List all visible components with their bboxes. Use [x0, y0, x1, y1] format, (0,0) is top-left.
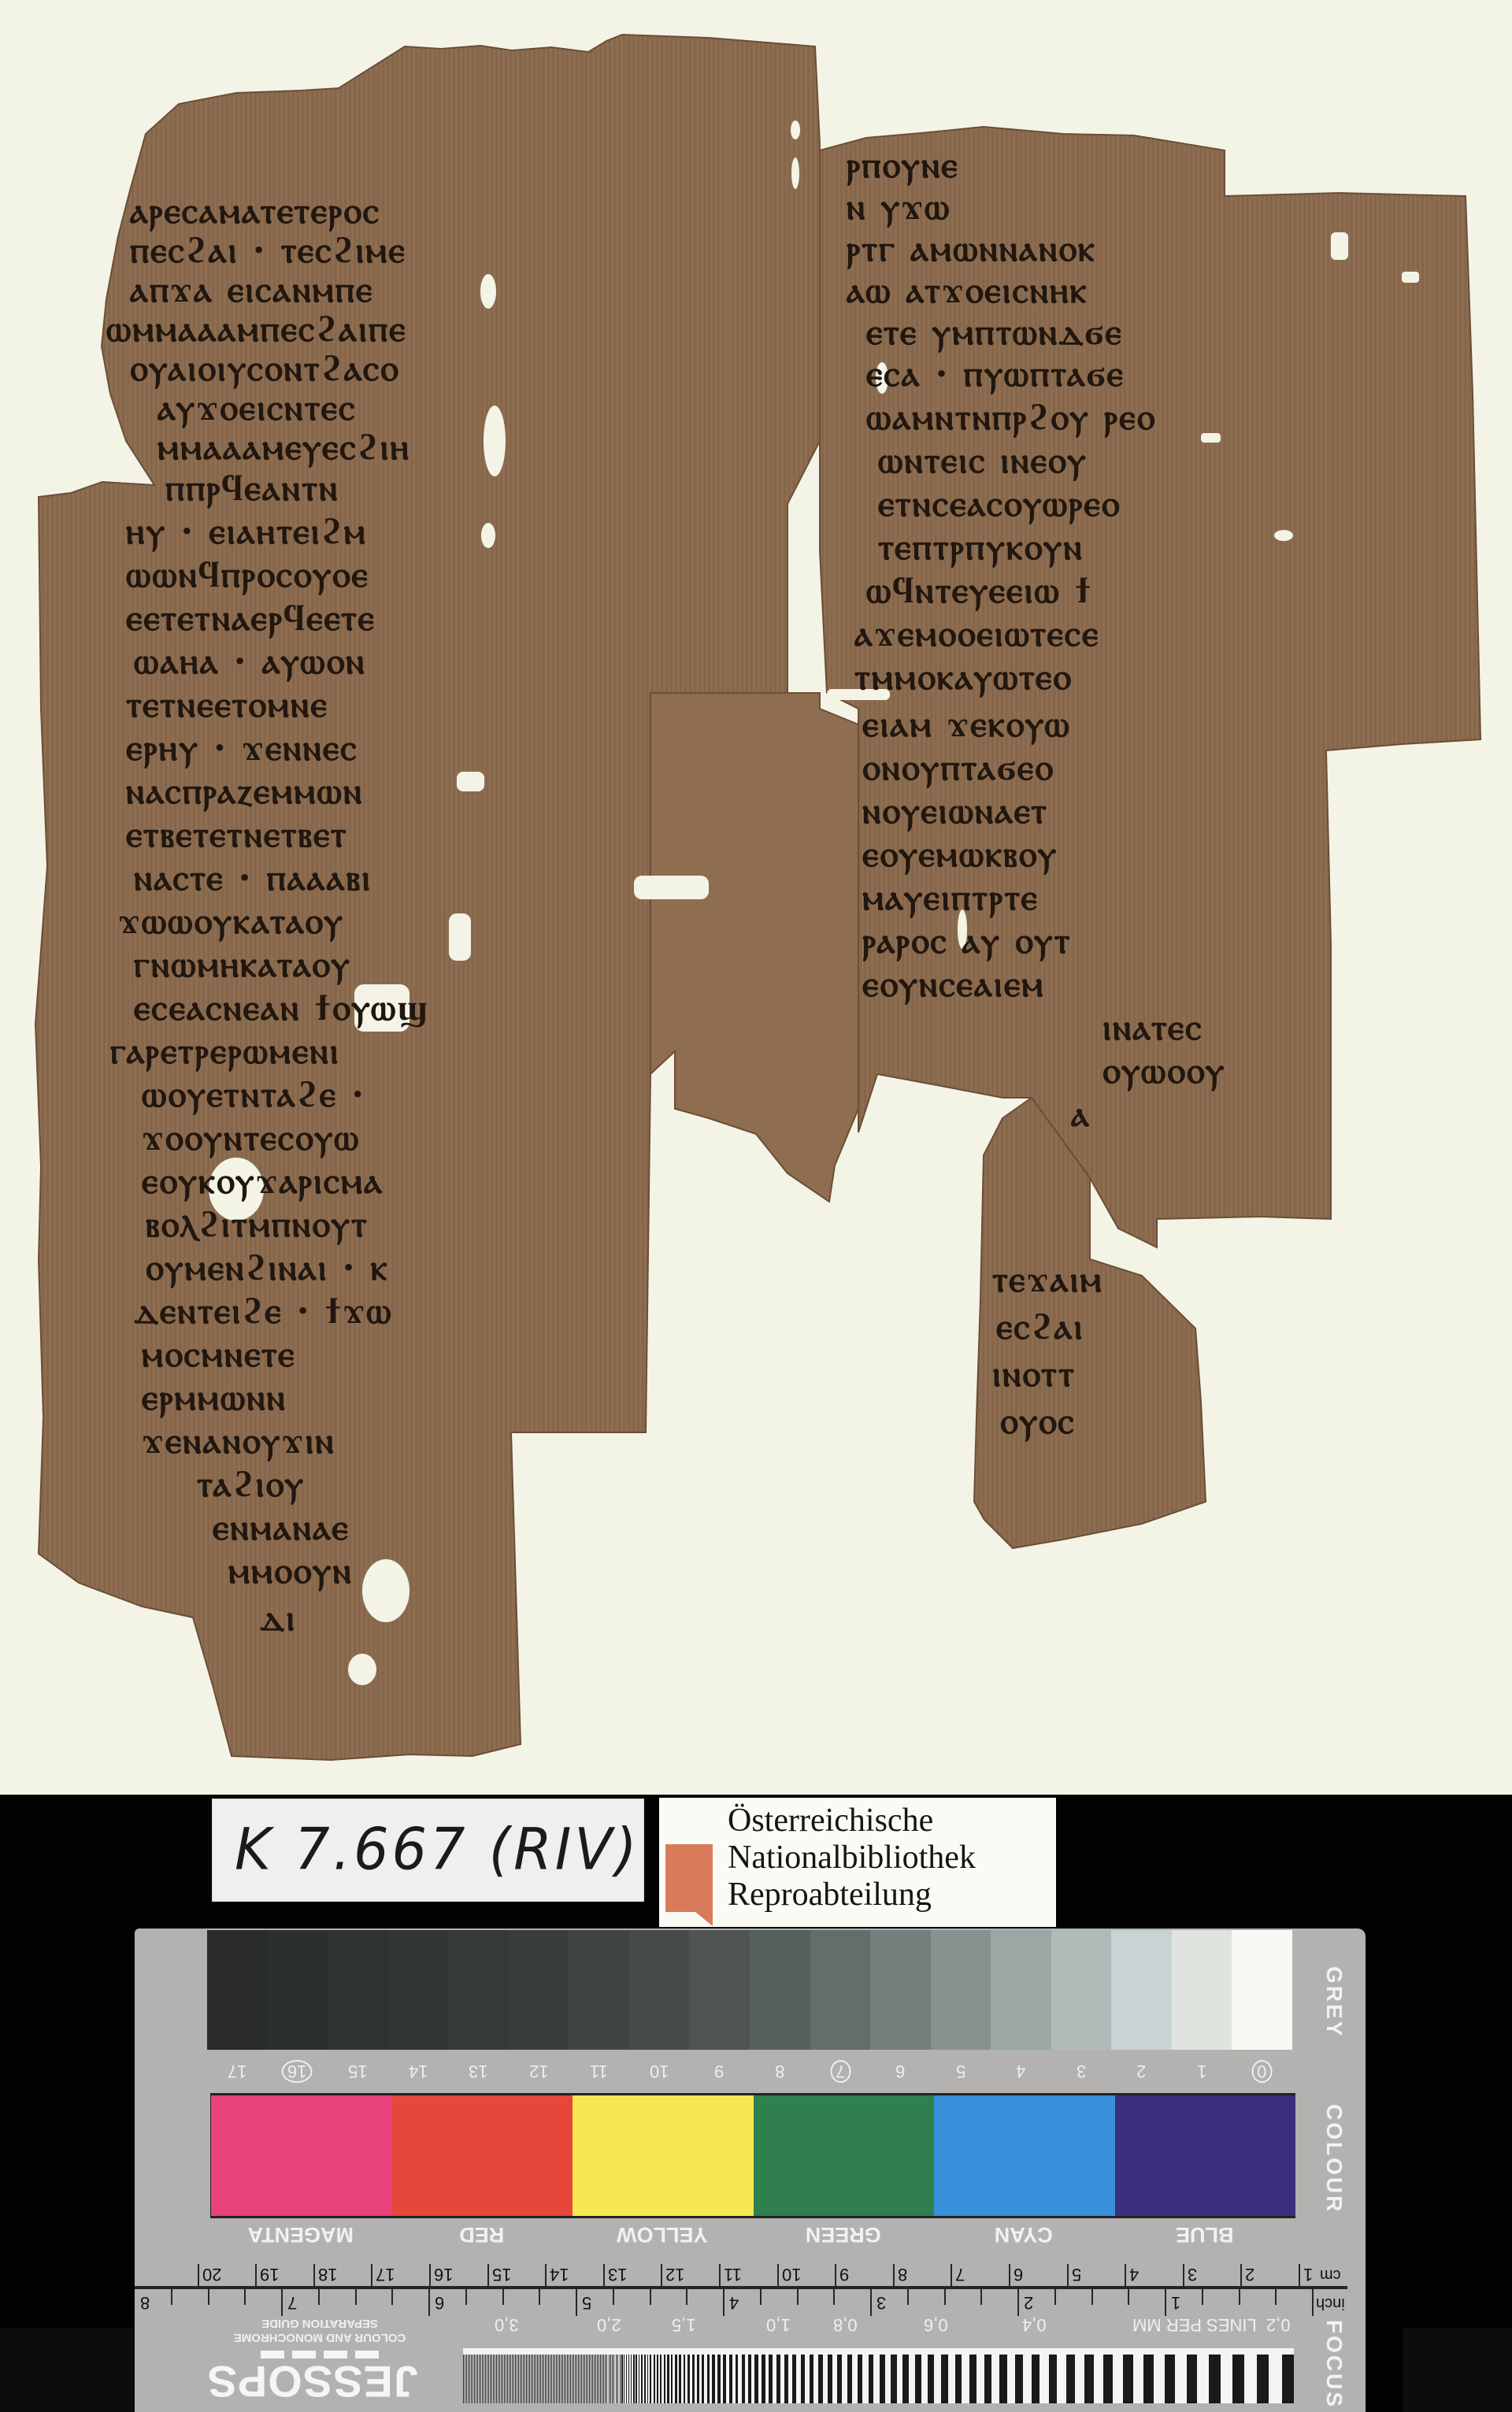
focus-bar	[474, 2355, 475, 2403]
cm-number: 8	[898, 2264, 907, 2284]
focus-bar	[504, 2355, 505, 2403]
text-line: ⲉⲉⲧⲉⲧⲛⲁⲉⲣϥⲉⲉⲧⲉ	[126, 596, 376, 639]
focus-bar	[539, 2355, 539, 2403]
text-line: ⲱⲁⲏⲁ · ⲁⲩⲱⲟⲛ	[134, 639, 365, 682]
colour-patch-green	[754, 2095, 935, 2216]
focus-bar	[564, 2355, 565, 2403]
inch-tick	[613, 2289, 614, 2305]
focus-bar	[466, 2355, 467, 2403]
grey-step-number: 17	[207, 2058, 268, 2081]
colour-side-label: COLOUR	[1321, 2104, 1347, 2214]
focus-bar	[684, 2355, 686, 2403]
cm-tick	[545, 2264, 547, 2286]
grey-step	[1111, 1930, 1172, 2050]
focus-bar	[650, 2355, 651, 2403]
inch-tick	[650, 2289, 651, 2305]
focus-bar	[520, 2355, 521, 2403]
grey-step	[328, 1930, 388, 2050]
text-line: ⲡⲡⲣϥⲉⲁⲛⲧⲛ	[165, 466, 339, 509]
inch-tick	[208, 2289, 209, 2305]
focus-bar	[587, 2355, 588, 2403]
cm-number: 14	[550, 2264, 569, 2284]
inch-tick	[907, 2289, 909, 2305]
text-line: ⲉⲥⲉⲁⲥⲛⲉⲁⲛ ϯⲟⲩⲱϣ	[134, 986, 429, 1028]
text-line: ⲅⲛⲱⲙⲏⲕⲁⲧⲁⲟⲩ	[134, 943, 351, 985]
cm-number: 13	[608, 2264, 627, 2284]
focus-bar	[610, 2355, 611, 2403]
focus-bar	[573, 2355, 574, 2403]
jessops-logo: JESSOPS COLOUR AND MONOCHROME SEPARATION…	[221, 2305, 418, 2407]
cm-tick	[1299, 2264, 1300, 2286]
text-line: ⲱⲙⲙⲁⲁⲁⲙⲡⲉⲥϩⲁⲓⲡⲉ	[106, 307, 407, 350]
text-line: ⲁ	[1071, 1092, 1091, 1135]
text-line: ⲉⲥϩⲁⲓ	[996, 1305, 1084, 1347]
focus-bar	[535, 2355, 536, 2403]
grey-step	[1172, 1930, 1232, 2050]
text-line: ⲉⲟⲩⲛⲥⲉⲁⲓⲉⲙ	[862, 962, 1044, 1005]
brand-dashes-icon	[253, 2351, 379, 2358]
focus-bar	[891, 2355, 896, 2403]
focus-bar	[969, 2355, 976, 2403]
focus-bar	[485, 2355, 486, 2403]
focus-mark-label: 3,0	[495, 2314, 519, 2335]
focus-bar	[748, 2355, 751, 2403]
inch-tick	[391, 2289, 393, 2305]
focus-bar	[598, 2355, 599, 2403]
cm-tick	[951, 2264, 952, 2286]
institution-label: Österreichische Nationalbibliothek Repro…	[659, 1798, 1056, 1927]
focus-bar	[468, 2355, 469, 2403]
text-line: ⲉⲣⲙⲙⲱⲛⲛ	[142, 1376, 287, 1418]
inch-unit-label: inch	[1316, 2294, 1345, 2312]
text-line: ⲱⲛⲧⲉⲓⲥ ⲓⲛⲉⲟⲩ	[878, 439, 1088, 481]
focus-bar	[580, 2355, 580, 2403]
focus-bar	[550, 2355, 550, 2403]
cm-number: 19	[260, 2264, 279, 2284]
text-line: ⲟⲩⲱⲟⲟⲩ	[1102, 1049, 1225, 1091]
focus-bar	[1066, 2355, 1075, 2403]
focus-bar	[548, 2355, 549, 2403]
focus-bar	[532, 2355, 533, 2403]
text-line: ⲱⲁⲙⲛⲧⲛⲡⲣϩⲟⲩ ⲣⲉⲟ	[866, 395, 1156, 438]
cm-unit-label: cm	[1320, 2266, 1341, 2284]
institution-line-3: Reproabteilung	[728, 1877, 932, 1914]
text-line: ⲟⲩⲟⲥ	[1000, 1399, 1076, 1442]
focus-bar	[502, 2355, 503, 2403]
text-line: ⲉⲟⲩⲕⲟⲩϫⲁⲣⲓⲥⲙⲁ	[142, 1159, 384, 1202]
text-line: ⲓⲛⲁⲧⲉⲥ	[1102, 1006, 1203, 1048]
focus-bar	[1049, 2355, 1058, 2403]
text-line: ⲧⲁϩⲓⲟⲩ	[197, 1462, 305, 1505]
focus-bar	[626, 2355, 627, 2403]
focus-bar	[498, 2355, 498, 2403]
colour-patch-label: GREEN	[753, 2220, 934, 2247]
focus-bar	[592, 2355, 593, 2403]
text-line: ⲛⲁⲥⲡⲣⲁⲍⲉⲙⲙⲱⲛ	[126, 769, 363, 812]
focus-bar	[1103, 2355, 1113, 2403]
papyrus-scan: ⲁⲣⲉⲥⲁⲙⲁⲧⲉⲧⲉⲣⲟⲥ ⲡⲉⲥϩⲁⲓ · ⲧⲉⲥϩⲓⲙⲉ ⲁⲡϫⲁ ⲉⲓⲥ…	[0, 0, 1512, 1795]
focus-bar	[1187, 2355, 1198, 2403]
focus-bar	[641, 2355, 643, 2403]
focus-bar	[792, 2355, 796, 2403]
grey-step-number: 3	[1051, 2058, 1112, 2081]
cm-tick	[603, 2264, 605, 2286]
text-line: ⲣⲡⲟⲩⲛⲉ	[847, 143, 959, 186]
inch-tick	[1017, 2289, 1019, 2316]
focus-bar	[915, 2355, 921, 2403]
focus-bar	[654, 2355, 655, 2403]
text-line: ⲇⲓ	[260, 1596, 296, 1639]
inch-tick	[760, 2289, 762, 2305]
focus-mark-label: 0,4	[1022, 2314, 1047, 2335]
text-line: ⲙⲙⲁⲁⲁⲙⲉⲩⲉⲥϩⲓⲏ	[157, 425, 410, 468]
focus-bar	[537, 2355, 538, 2403]
focus-bar	[523, 2355, 524, 2403]
text-line: ⲙⲙⲟⲟⲩⲛ	[228, 1549, 353, 1591]
cm-number: 7	[955, 2264, 965, 2284]
focus-bar	[616, 2355, 617, 2403]
inch-tick	[355, 2289, 357, 2305]
cm-tick	[719, 2264, 721, 2286]
cm-number: 6	[1014, 2264, 1023, 2284]
middle-strip-fragment	[650, 693, 858, 1202]
colour-patch-blue	[1115, 2095, 1296, 2216]
inch-tick	[1054, 2289, 1056, 2305]
focus-bar	[507, 2355, 508, 2403]
text-line: ⲇⲉⲛⲧⲉⲓϩⲉ · ϯϫⲱ	[134, 1289, 393, 1332]
grey-step	[689, 1930, 750, 2050]
grey-step	[991, 1930, 1051, 2050]
focus-bar	[717, 2355, 720, 2403]
brand-name: JESSOPS	[221, 2356, 418, 2407]
text-line: ⲓⲛⲟⲧⲧ	[992, 1352, 1076, 1395]
inch-number: 6	[435, 2292, 444, 2313]
focus-bar	[1209, 2355, 1220, 2403]
focus-bar	[569, 2355, 569, 2403]
colour-patch-label: YELLOW	[572, 2220, 753, 2247]
grey-scale-numbers: 01234567891011121314151617	[207, 2058, 1292, 2081]
focus-bar	[477, 2355, 478, 2403]
grey-step-number: 15	[328, 2058, 388, 2081]
focus-bar	[572, 2355, 573, 2403]
focus-bar	[664, 2355, 665, 2403]
colour-patch-red	[392, 2095, 573, 2216]
text-line: ϫⲟⲟⲩⲛⲧⲉⲥⲟⲩⲱ	[142, 1116, 360, 1158]
focus-bar	[692, 2355, 695, 2403]
focus-bar	[644, 2355, 646, 2403]
text-line: ⲁⲣⲉⲥⲁⲙⲁⲧⲉⲧⲉⲣⲟⲥ	[130, 189, 380, 232]
cm-number: 4	[1129, 2264, 1139, 2284]
inch-number: 5	[582, 2292, 591, 2313]
inch-tick	[870, 2289, 872, 2316]
text-line: ⲉⲓⲁⲙ ϫⲉⲕⲟⲩⲱ	[862, 702, 1071, 745]
cm-tick	[777, 2264, 779, 2286]
focus-bar	[491, 2355, 492, 2403]
focus-bar	[463, 2355, 464, 2403]
focus-bar	[509, 2355, 510, 2403]
card-subtitle-line-2: SEPARATION GUIDE	[221, 2316, 418, 2330]
focus-bar	[955, 2355, 962, 2403]
cm-number: 11	[724, 2264, 742, 2284]
focus-bar	[575, 2355, 576, 2403]
cm-number: 5	[1072, 2264, 1081, 2284]
cm-tick	[661, 2264, 662, 2286]
grey-step-number: 13	[448, 2058, 509, 2081]
inch-tick	[723, 2289, 724, 2316]
focus-bar	[605, 2355, 606, 2403]
institution-line-2: Nationalbibliothek	[728, 1840, 976, 1877]
inch-tick	[944, 2289, 946, 2305]
focus-mark-label: 1,5	[672, 2314, 696, 2335]
focus-mark-label: 2,0	[597, 2314, 621, 2335]
focus-bar	[556, 2355, 557, 2403]
focus-bar	[941, 2355, 947, 2403]
focus-bar	[1165, 2355, 1175, 2403]
focus-bar	[510, 2355, 511, 2403]
grey-step	[931, 1930, 991, 2050]
focus-bar	[595, 2355, 596, 2403]
focus-bar	[562, 2355, 563, 2403]
focus-bar	[600, 2355, 601, 2403]
focus-bar	[542, 2355, 543, 2403]
focus-bar	[602, 2355, 602, 2403]
colour-patch-bar	[210, 2093, 1295, 2218]
text-line: ⲉⲟⲩⲉⲙⲱⲕⲃⲟⲩ	[862, 832, 1058, 875]
focus-bar	[647, 2355, 649, 2403]
text-line: ⲣⲧⲅ ⲁⲙⲱⲛⲛⲁⲛⲟⲕ	[847, 227, 1096, 269]
focus-unit-label: LINES PER MM	[1132, 2314, 1257, 2335]
focus-bar	[512, 2355, 513, 2403]
focus-bar	[501, 2355, 502, 2403]
focus-bar	[586, 2355, 587, 2403]
focus-bar	[506, 2355, 506, 2403]
focus-mark-label: 0,2	[1266, 2314, 1291, 2335]
focus-bar	[488, 2355, 489, 2403]
focus-bar	[660, 2355, 661, 2403]
text-line: ⲱϥⲛⲧⲉⲩⲉⲉⲓⲱ ϯ	[866, 569, 1092, 611]
grey-step-number: 7	[810, 2058, 871, 2081]
focus-bar	[543, 2355, 544, 2403]
focus-bar	[551, 2355, 552, 2403]
focus-bar	[1084, 2355, 1094, 2403]
text-line: ⲉⲧⲛⲥⲉⲁⲥⲟⲩⲱⲣⲉⲟ	[878, 482, 1121, 524]
inch-tick	[244, 2289, 246, 2305]
focus-bar	[578, 2355, 579, 2403]
focus-bar	[628, 2355, 629, 2403]
text-line: ⲟⲩⲙⲉⲛϩⲓⲛⲁⲓ · ⲕ	[146, 1246, 389, 1288]
inch-tick	[171, 2289, 172, 2305]
focus-bar	[928, 2355, 934, 2403]
focus-bar	[818, 2355, 823, 2403]
text-line: ⲟⲛⲟⲩⲡⲧⲁϭⲉⲟ	[862, 746, 1054, 788]
focus-bar	[553, 2355, 554, 2403]
cm-number: 12	[665, 2264, 684, 2284]
focus-bar	[869, 2355, 874, 2403]
focus-bar	[597, 2355, 598, 2403]
grey-step	[1232, 1930, 1292, 2050]
onb-logo-mark-icon	[665, 1844, 713, 1912]
focus-bar	[687, 2355, 690, 2403]
focus-bar	[667, 2355, 669, 2403]
inch-tick	[1128, 2289, 1129, 2305]
focus-bar	[554, 2355, 555, 2403]
text-line: ⲉⲧⲃⲉⲧⲉⲧⲛⲉⲧⲃⲉⲧ	[126, 813, 348, 855]
focus-bar	[639, 2355, 640, 2403]
cm-tick	[1240, 2264, 1242, 2286]
focus-bar	[487, 2355, 487, 2403]
text-line: ⲣⲁⲣⲟⲥ ⲁⲩ ⲟⲩⲧ	[862, 919, 1072, 961]
focus-bar	[702, 2355, 704, 2403]
focus-bar	[576, 2355, 577, 2403]
focus-bar	[754, 2355, 758, 2403]
grey-step	[267, 1930, 328, 2050]
focus-bar	[613, 2355, 614, 2403]
focus-bar	[499, 2355, 500, 2403]
focus-bar	[671, 2355, 673, 2403]
focus-bar	[565, 2355, 566, 2403]
cm-number: 3	[1188, 2264, 1197, 2284]
cm-number: 20	[202, 2264, 221, 2284]
focus-bar	[1032, 2355, 1039, 2403]
text-line: ⲱⲟⲩⲉⲧⲛⲧⲁϩⲉ ·	[142, 1073, 365, 1115]
focus-bar	[526, 2355, 527, 2403]
inch-tick	[428, 2289, 430, 2316]
inch-tick	[686, 2289, 687, 2305]
focus-bar	[570, 2355, 571, 2403]
text-line: ⲧⲉϫⲁⲓⲙ	[992, 1258, 1102, 1300]
focus-bar	[984, 2355, 991, 2403]
grey-scale-strip	[207, 1930, 1292, 2050]
focus-bar	[612, 2355, 613, 2403]
focus-bar	[469, 2355, 470, 2403]
colour-separation-guide: 01234567891011121314151617 MAGENTAREDYEL…	[135, 1928, 1366, 2412]
focus-bar	[515, 2355, 516, 2403]
cm-tick	[313, 2264, 315, 2286]
focus-bar	[561, 2355, 561, 2403]
grey-step-number: 0	[1232, 2058, 1292, 2081]
inch-tick	[318, 2289, 320, 2305]
focus-bar	[828, 2355, 832, 2403]
colour-patch-label: CYAN	[933, 2220, 1114, 2247]
text-line: ⲛⲟⲩⲉⲓⲱⲛⲁⲉⲧ	[862, 789, 1048, 832]
focus-bar	[545, 2355, 546, 2403]
inch-tick	[1202, 2289, 1203, 2305]
cm-number: 17	[376, 2264, 395, 2284]
inch-tick	[1312, 2289, 1314, 2316]
inch-number: 1	[1171, 2292, 1180, 2313]
inch-tick	[465, 2289, 467, 2305]
focus-bar	[583, 2355, 584, 2403]
grey-step-number: 11	[569, 2058, 629, 2081]
focus-bar	[480, 2355, 481, 2403]
focus-bar	[1282, 2355, 1294, 2403]
grey-step-number: 1	[1172, 2058, 1232, 2081]
focus-bar	[617, 2355, 618, 2403]
focus-bar	[528, 2355, 528, 2403]
focus-bar	[1015, 2355, 1023, 2403]
focus-bar	[484, 2355, 484, 2403]
colour-patch-magenta	[211, 2095, 392, 2216]
grey-step	[569, 1930, 629, 2050]
cm-tick	[1183, 2264, 1184, 2286]
focus-bar	[657, 2355, 658, 2403]
focus-bar	[479, 2355, 480, 2403]
focus-bar	[606, 2355, 607, 2403]
inch-tick	[797, 2289, 799, 2305]
cm-tick	[1125, 2264, 1126, 2286]
focus-bar	[624, 2355, 624, 2403]
focus-bar	[495, 2355, 495, 2403]
focus-bar	[471, 2355, 472, 2403]
card-subtitle-line-1: COLOUR AND MONOCHROME	[221, 2330, 418, 2344]
colour-patch-label: BLUE	[1114, 2220, 1295, 2247]
grey-step-number: 5	[931, 2058, 991, 2081]
focus-bar	[517, 2355, 517, 2403]
grey-step	[870, 1930, 931, 2050]
colour-patch-label: MAGENTA	[210, 2220, 391, 2247]
text-line: ϫⲱⲱⲟⲩⲕⲁⲧⲁⲟⲩ	[118, 899, 344, 942]
colour-patch-label: RED	[391, 2220, 573, 2247]
cm-number: 10	[782, 2264, 801, 2284]
inch-tick	[576, 2289, 577, 2316]
grey-step-number: 2	[1111, 2058, 1172, 2081]
focus-bar	[801, 2355, 805, 2403]
focus-bar	[493, 2355, 494, 2403]
grey-step	[388, 1930, 449, 2050]
focus-bar	[518, 2355, 519, 2403]
focus-bar	[620, 2355, 621, 2403]
focus-bar	[589, 2355, 590, 2403]
focus-bar	[880, 2355, 885, 2403]
grey-step-number: 12	[509, 2058, 569, 2081]
institution-line-1: Österreichische	[728, 1803, 933, 1840]
focus-bar	[723, 2355, 726, 2403]
text-line: ⲏⲩ · ⲉⲓⲁⲏⲧⲉⲓϩⲙ	[126, 509, 367, 552]
cm-tick	[429, 2264, 431, 2286]
text-line: ⲁⲱ ⲁⲧϫⲟⲉⲓⲥⲛⲏⲕ	[847, 269, 1088, 311]
cm-tick	[487, 2264, 489, 2286]
focus-bar	[810, 2355, 813, 2403]
text-line: ⲧⲉⲡⲧⲣⲡⲩⲕⲟⲩⲛ	[878, 525, 1084, 568]
focus-bar	[729, 2355, 732, 2403]
focus-bar	[999, 2355, 1007, 2403]
grey-step	[1051, 1930, 1112, 2050]
focus-bar	[707, 2355, 710, 2403]
focus-mark-label: 0,8	[833, 2314, 858, 2335]
focus-bar	[540, 2355, 541, 2403]
shelfmark-label: K 7.667 (RIV)	[212, 1799, 644, 1902]
grey-step	[750, 1930, 810, 2050]
focus-bar	[529, 2355, 530, 2403]
text-line: ⲉⲛⲙⲁⲛⲁⲉ	[213, 1506, 350, 1548]
text-line: ⲙⲁⲩⲉⲓⲡⲧⲣⲧⲉ	[862, 876, 1039, 918]
cm-tick	[893, 2264, 895, 2286]
focus-bar	[496, 2355, 497, 2403]
focus-bar	[490, 2355, 491, 2403]
inch-number: 3	[876, 2292, 886, 2313]
onb-logo-point-icon	[695, 1912, 713, 1926]
cm-number: 9	[839, 2264, 849, 2284]
focus-side-label: FOCUS	[1321, 2320, 1347, 2409]
text-line: ⲅⲁⲣⲉⲧⲣⲉⲣⲱⲙⲉⲛⲓ	[110, 1029, 340, 1072]
cm-tick	[255, 2264, 257, 2286]
focus-bar	[567, 2355, 568, 2403]
text-line: ⲃⲟⲗϩⲓⲧⲙⲡⲛⲟⲩⲧ	[146, 1202, 369, 1245]
focus-bar	[521, 2355, 522, 2403]
shelfmark-text: K 7.667 (RIV)	[235, 1815, 640, 1883]
focus-bar	[1257, 2355, 1269, 2403]
inch-number: 4	[729, 2292, 739, 2313]
